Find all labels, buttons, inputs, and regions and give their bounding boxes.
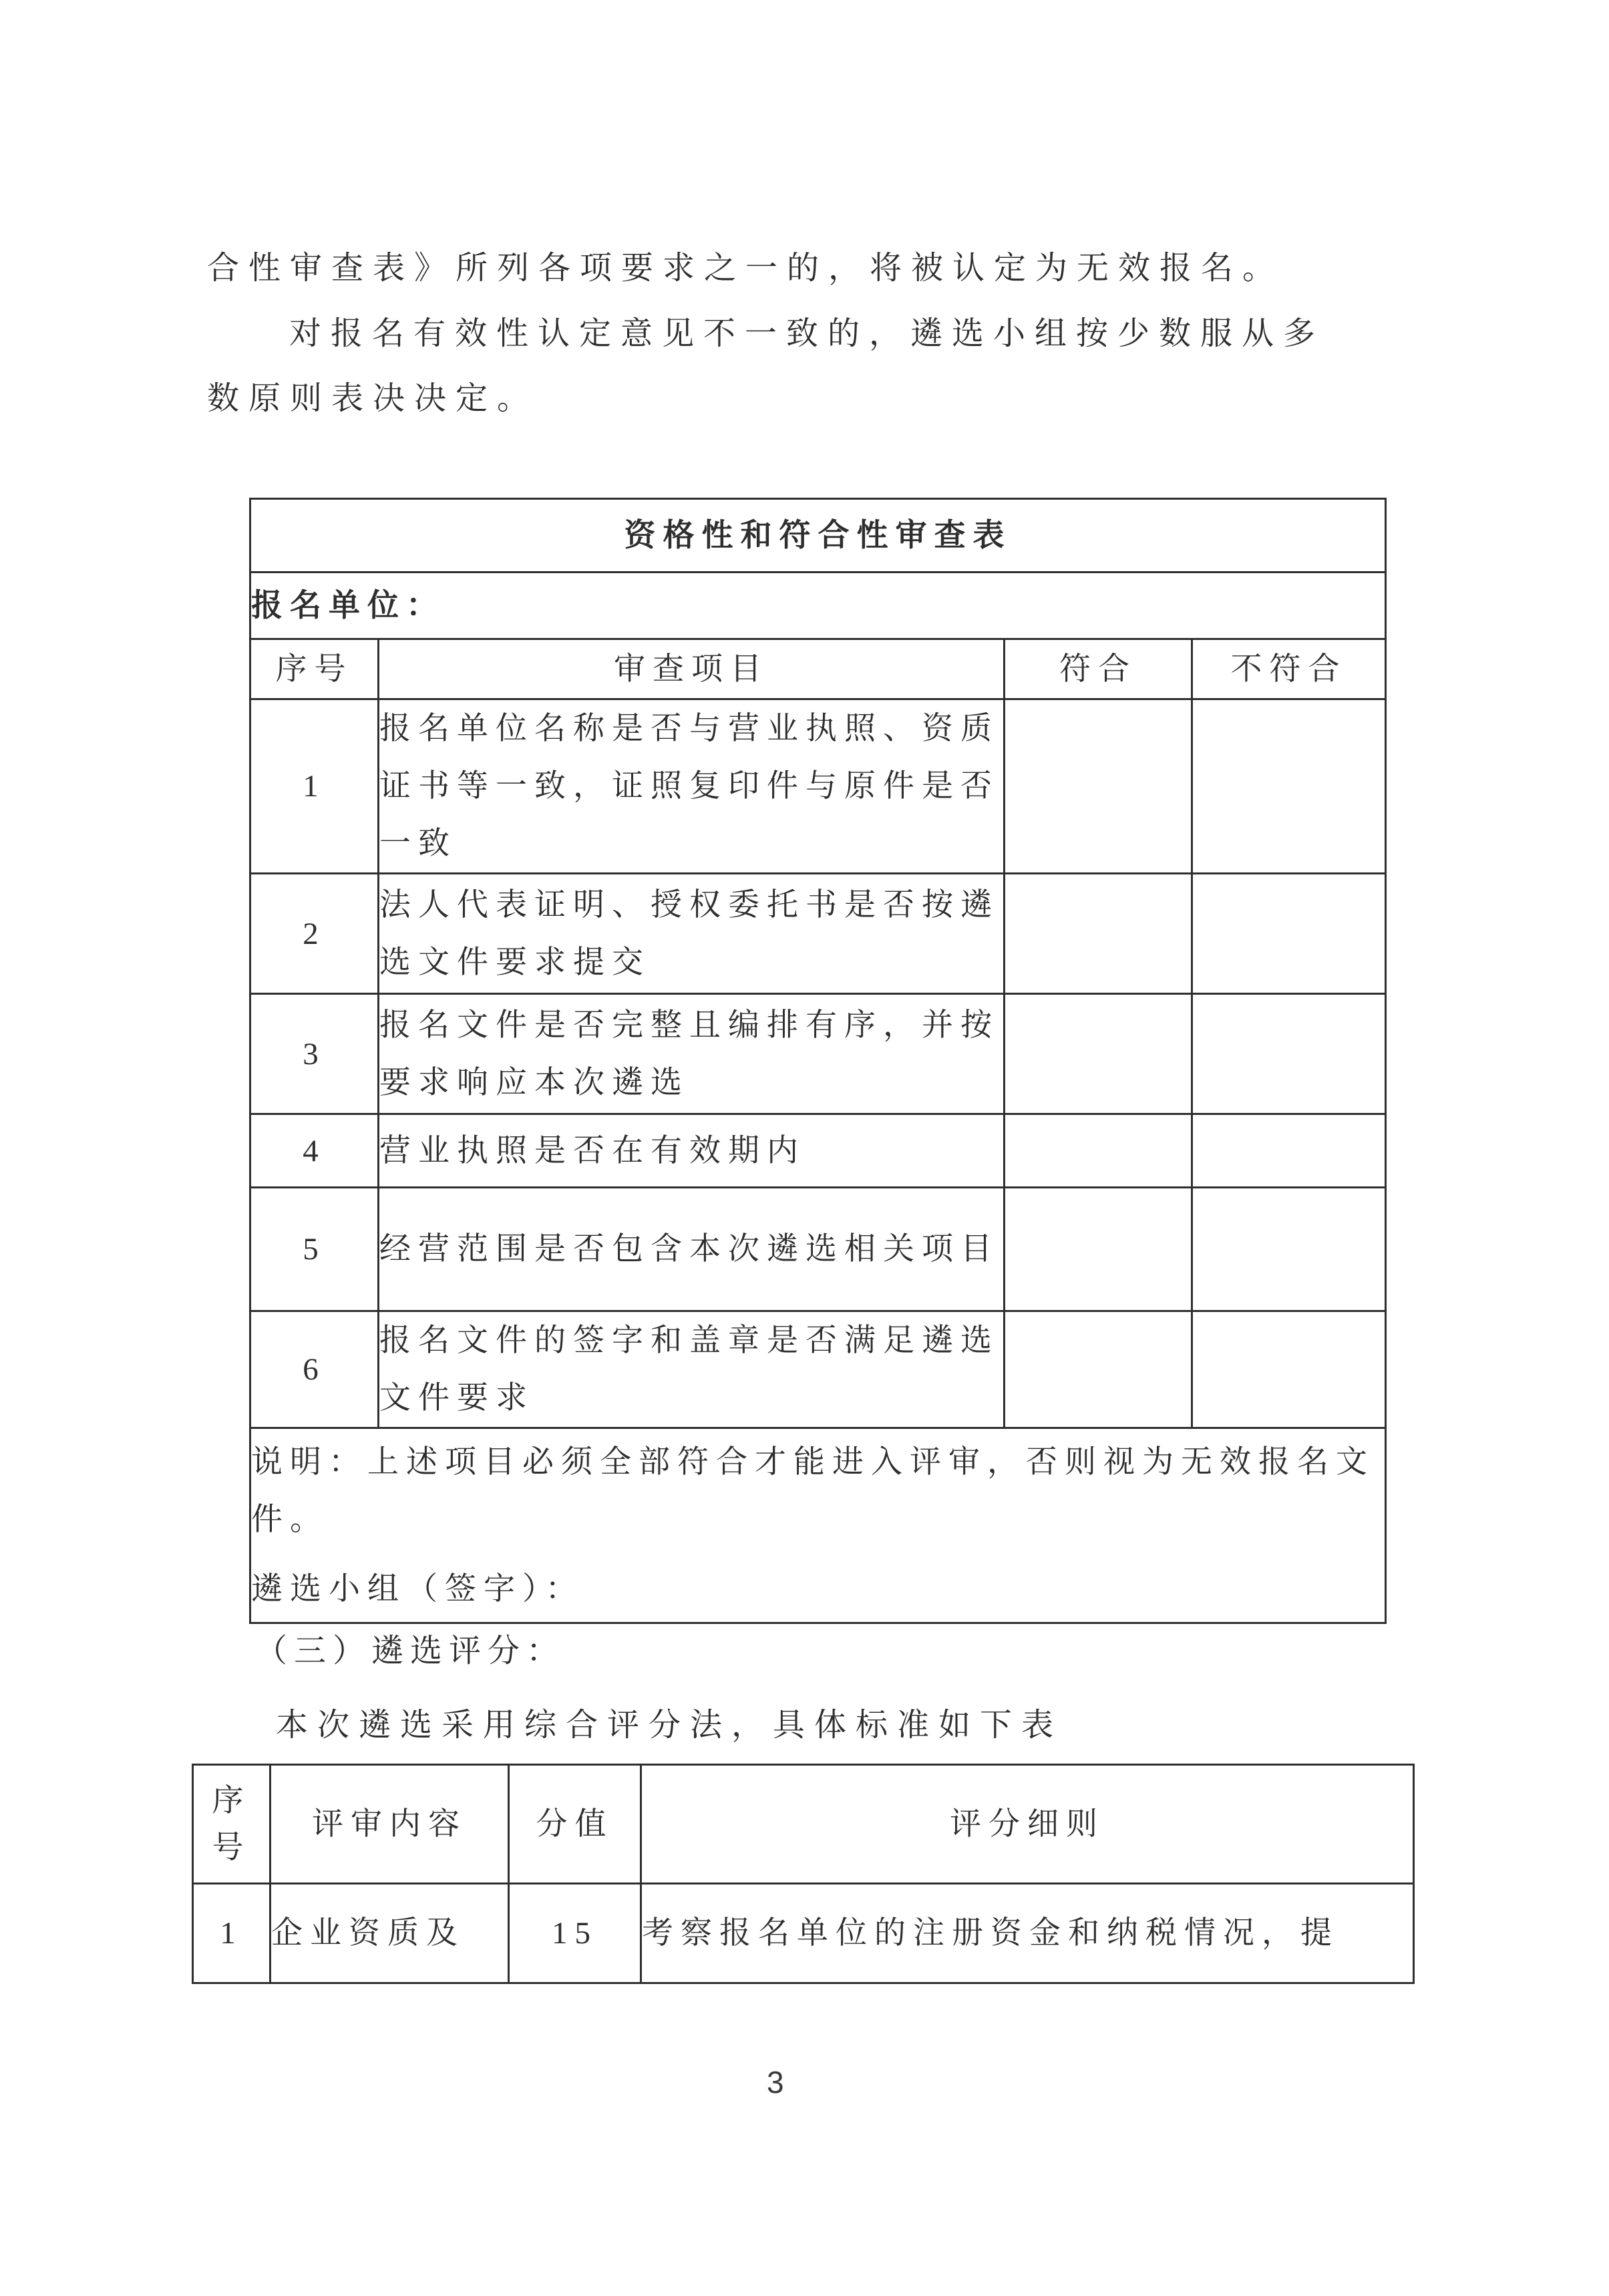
note-cell: 说明：上述项目必须全部符合才能进入评审，否则视为无效报名文件。 遴选小组（签字）…	[250, 1428, 1386, 1623]
row-content: 企业资质及	[271, 1884, 509, 1983]
col-header-index: 序号	[193, 1765, 271, 1884]
signature-label: 遴选小组（签字）：	[251, 1561, 1385, 1618]
document-page: 合性审查表》所列各项要求之一的，将被认定为无效报名。 对报名有效性认定意见不一致…	[0, 0, 1609, 2296]
row-item: 报名单位名称是否与营业执照、资质证书等一致，证照复印件与原件是否一致	[379, 699, 1005, 874]
row-index: 1	[193, 1884, 271, 1983]
pass-cell	[1005, 874, 1192, 994]
col-header-score: 分值	[509, 1765, 641, 1884]
row-score: 15	[509, 1884, 641, 1983]
col-header-item: 审查项目	[379, 639, 1005, 699]
paragraph-line-1: 合性审查表》所列各项要求之一的，将被认定为无效报名。	[207, 242, 1284, 288]
row-index: 4	[250, 1114, 379, 1188]
col-header-index: 序号	[250, 639, 379, 699]
note-text: 说明：上述项目必须全部符合才能进入评审，否则视为无效报名文件。	[251, 1434, 1385, 1548]
col-header-detail: 评分细则	[641, 1765, 1414, 1884]
fail-cell	[1192, 874, 1386, 994]
table-row: 1 企业资质及 15 考察报名单位的注册资金和纳税情况，提	[193, 1884, 1414, 1983]
table-row: 2 法人代表证明、授权委托书是否按遴选文件要求提交	[250, 874, 1386, 994]
row-index: 5	[250, 1188, 379, 1311]
row-item: 经营范围是否包含本次遴选相关项目	[379, 1188, 1005, 1311]
pass-cell	[1005, 1114, 1192, 1188]
fail-cell	[1192, 1114, 1386, 1188]
row-item: 营业执照是否在有效期内	[379, 1114, 1005, 1188]
section-intro: 本次遴选采用综合评分法，具体标准如下表	[276, 1699, 1063, 1745]
scoring-table: 序号 评审内容 分值 评分细则 1 企业资质及 15 考察报名单位的注册资金和纳…	[192, 1764, 1415, 1984]
table-row: 3 报名文件是否完整且编排有序，并按要求响应本次遴选	[250, 994, 1386, 1114]
fail-cell	[1192, 1311, 1386, 1428]
section-heading: （三）遴选评分：	[255, 1625, 565, 1671]
row-item: 法人代表证明、授权委托书是否按遴选文件要求提交	[379, 874, 1005, 994]
row-index: 6	[250, 1311, 379, 1428]
fail-cell	[1192, 994, 1386, 1114]
col-header-fail: 不符合	[1192, 639, 1386, 699]
col-header-pass: 符合	[1005, 639, 1192, 699]
row-item: 报名文件是否完整且编排有序，并按要求响应本次遴选	[379, 994, 1005, 1114]
paragraph-line-2: 对报名有效性认定意见不一致的，遴选小组按少数服从多	[289, 307, 1324, 353]
paragraph-line-3: 数原则表决决定。	[207, 372, 538, 418]
pass-cell	[1005, 1188, 1192, 1311]
pass-cell	[1005, 1311, 1192, 1428]
fail-cell	[1192, 1188, 1386, 1311]
row-index: 2	[250, 874, 379, 994]
table-row: 6 报名文件的签字和盖章是否满足遴选文件要求	[250, 1311, 1386, 1428]
table-row: 1 报名单位名称是否与营业执照、资质证书等一致，证照复印件与原件是否一致	[250, 699, 1386, 874]
review-table-title: 资格性和符合性审查表	[250, 499, 1386, 572]
col-header-content: 评审内容	[271, 1765, 509, 1884]
fail-cell	[1192, 699, 1386, 874]
table-row: 4 营业执照是否在有效期内	[250, 1114, 1386, 1188]
applicant-label: 报名单位：	[250, 572, 1386, 639]
row-item: 报名文件的签字和盖章是否满足遴选文件要求	[379, 1311, 1005, 1428]
pass-cell	[1005, 994, 1192, 1114]
row-index: 1	[250, 699, 379, 874]
pass-cell	[1005, 699, 1192, 874]
table-row: 5 经营范围是否包含本次遴选相关项目	[250, 1188, 1386, 1311]
qualification-review-table: 资格性和符合性审查表 报名单位： 序号 审查项目 符合 不符合 1 报名单位名称…	[249, 498, 1387, 1624]
row-index: 3	[250, 994, 379, 1114]
row-detail: 考察报名单位的注册资金和纳税情况，提	[641, 1884, 1414, 1983]
page-number: 3	[767, 2064, 784, 2100]
